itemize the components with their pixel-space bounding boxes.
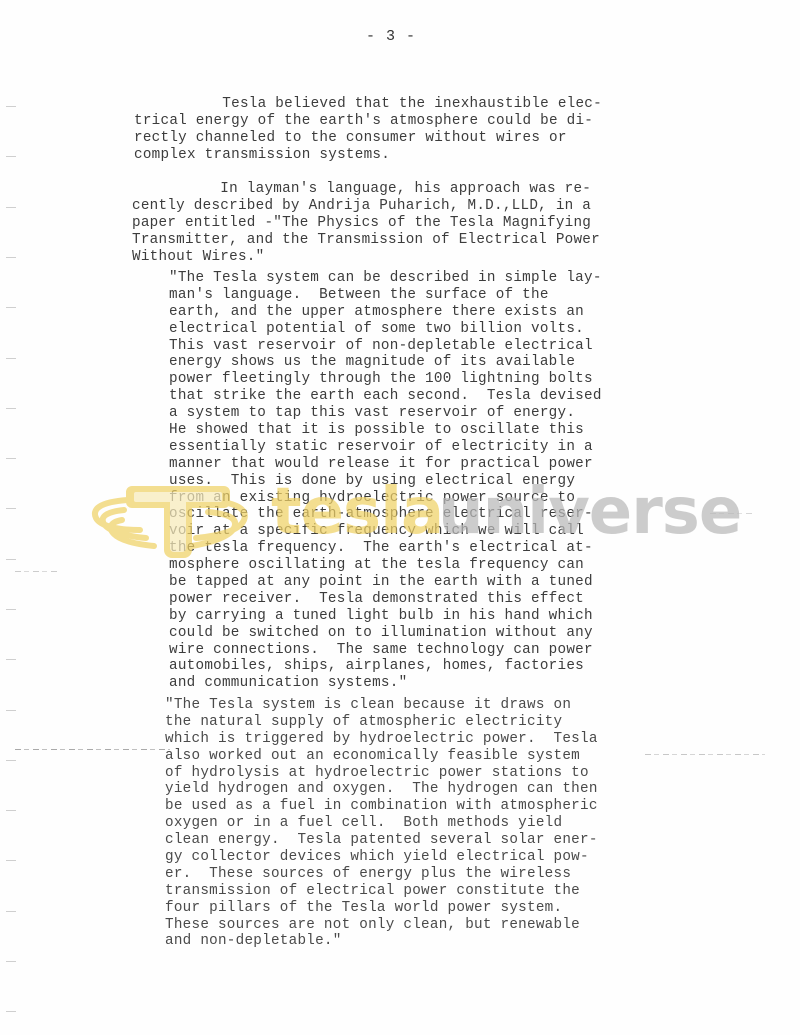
text-line: which is triggered by hydroelectric powe… [165, 731, 598, 748]
margin-tick [6, 1011, 16, 1012]
text-line: earth, and the upper atmosphere there ex… [169, 304, 602, 321]
margin-tick [6, 106, 16, 107]
text-line: by carrying a tuned light bulb in his ha… [169, 608, 602, 625]
text-line: gy collector devices which yield electri… [165, 849, 598, 866]
text-line: He showed that it is possible to oscilla… [169, 422, 602, 439]
text-line: Without Wires." [132, 249, 600, 266]
text-line: These sources are not only clean, but re… [165, 917, 598, 934]
text-line: of hydrolysis at hydroelectric power sta… [165, 765, 598, 782]
text-line: power receiver. Tesla demonstrated this … [169, 591, 602, 608]
text-line: and non-depletable." [165, 933, 598, 950]
text-line: the tesla frequency. The earth's electri… [169, 540, 602, 557]
text-line: voir at a specific frequency which we wi… [169, 523, 602, 540]
text-line: electrical potential of some two billion… [169, 321, 602, 338]
margin-tick [6, 810, 16, 811]
margin-tick [6, 860, 16, 861]
text-line: er. These sources of energy plus the wir… [165, 866, 598, 883]
margin-tick [6, 508, 16, 509]
text-line: trical energy of the earth's atmosphere … [134, 113, 602, 130]
margin-tick [6, 961, 16, 962]
text-line: cently described by Andrija Puharich, M.… [132, 198, 600, 215]
text-line: and communication systems." [169, 675, 602, 692]
body-paragraph: In layman's language, his approach was r… [132, 181, 600, 265]
page-number: - 3 - [366, 28, 416, 45]
text-line: a system to tap this vast reservoir of e… [169, 405, 602, 422]
text-line: uses. This is done by using electrical e… [169, 473, 602, 490]
text-line: yield hydrogen and oxygen. The hydrogen … [165, 781, 598, 798]
scan-artifact-line [15, 749, 170, 750]
scan-artifact-line [15, 571, 60, 572]
text-line: the natural supply of atmospheric electr… [165, 714, 598, 731]
text-line: be tapped at any point in the earth with… [169, 574, 602, 591]
text-line: This vast reservoir of non-depletable el… [169, 338, 602, 355]
margin-tick [6, 207, 16, 208]
margin-tick [6, 408, 16, 409]
margin-tick [6, 609, 16, 610]
text-line: that strike the earth each second. Tesla… [169, 388, 602, 405]
text-line: oscillate the earth-atmosphere electrica… [169, 506, 602, 523]
text-line: transmission of electrical power constit… [165, 883, 598, 900]
text-line: four pillars of the Tesla world power sy… [165, 900, 598, 917]
margin-tick [6, 659, 16, 660]
margin-tick-marks [0, 0, 30, 1035]
text-line: rectly channeled to the consumer without… [134, 130, 602, 147]
margin-tick [6, 458, 16, 459]
text-line: complex transmission systems. [134, 147, 602, 164]
text-line: from an existing hydroelectric power sou… [169, 490, 602, 507]
text-line: Transmitter, and the Transmission of Ele… [132, 232, 600, 249]
text-line: "The Tesla system is clean because it dr… [165, 697, 598, 714]
margin-tick [6, 358, 16, 359]
margin-tick [6, 307, 16, 308]
text-line: "The Tesla system can be described in si… [169, 270, 602, 287]
margin-tick [6, 257, 16, 258]
text-line: also worked out an economically feasible… [165, 748, 598, 765]
text-line: power fleetingly through the 100 lightni… [169, 371, 602, 388]
text-line: clean energy. Tesla patented several sol… [165, 832, 598, 849]
text-line: Tesla believed that the inexhaustible el… [134, 96, 602, 113]
scan-artifact-line [645, 754, 765, 755]
text-line: In layman's language, his approach was r… [132, 181, 600, 198]
margin-tick [6, 911, 16, 912]
text-line: man's language. Between the surface of t… [169, 287, 602, 304]
text-line: essentially static reservoir of electric… [169, 439, 602, 456]
text-line: automobiles, ships, airplanes, homes, fa… [169, 658, 602, 675]
margin-tick [6, 559, 16, 560]
document-page: - 3 - Tesla believed that the inexhausti… [0, 0, 800, 1035]
text-line: could be switched on to illumination wit… [169, 625, 602, 642]
margin-tick [6, 710, 16, 711]
text-line: mosphere oscillating at the tesla freque… [169, 557, 602, 574]
text-line: be used as a fuel in combination with at… [165, 798, 598, 815]
text-line: wire connections. The same technology ca… [169, 642, 602, 659]
scan-artifact-line [710, 513, 755, 514]
text-line: oxygen or in a fuel cell. Both methods y… [165, 815, 598, 832]
text-line: energy shows us the magnitude of its ava… [169, 354, 602, 371]
margin-tick [6, 760, 16, 761]
text-line: paper entitled -"The Physics of the Tesl… [132, 215, 600, 232]
block-quote: "The Tesla system is clean because it dr… [165, 697, 598, 950]
text-line: manner that would release it for practic… [169, 456, 602, 473]
block-quote: "The Tesla system can be described in si… [169, 270, 602, 692]
body-paragraph: Tesla believed that the inexhaustible el… [134, 96, 602, 164]
margin-tick [6, 156, 16, 157]
